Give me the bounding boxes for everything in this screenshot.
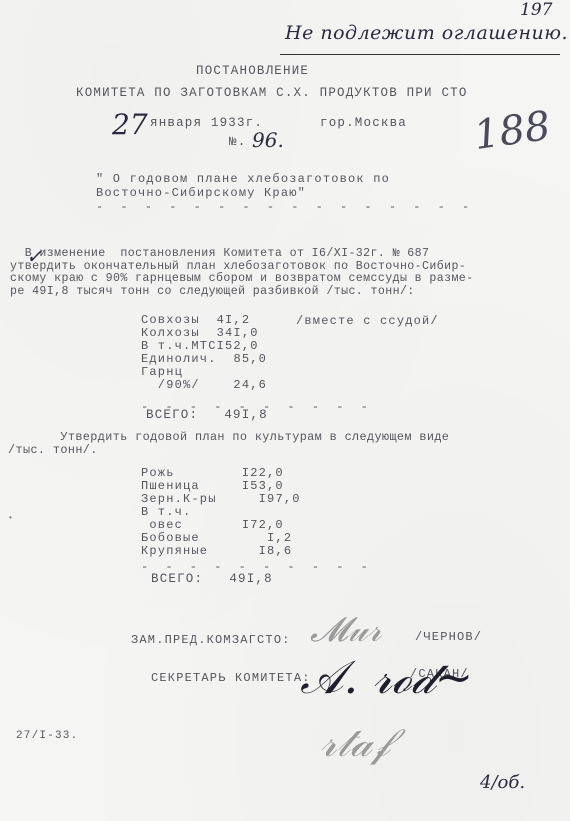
subject-line-2: Восточно-Сибирскому Краю" bbox=[96, 186, 306, 200]
classification-note: Не подлежит оглашению. bbox=[285, 22, 568, 44]
typist-note: 27/I-33. bbox=[16, 730, 78, 742]
table-note: /вместе с ссудой/ bbox=[296, 314, 439, 328]
date-month-year: января 1933г. bbox=[150, 116, 263, 130]
classification-underline bbox=[280, 54, 560, 55]
document-page: 197 Не подлежит оглашению. ПОСТАНОВЛЕНИЕ… bbox=[0, 0, 570, 821]
document-title: ПОСТАНОВЛЕНИЕ bbox=[196, 64, 309, 78]
place: гор.Москва bbox=[320, 116, 407, 130]
subject: " О годовом плане хлебозаготовок по Вост… bbox=[96, 172, 474, 214]
archive-page-number: 197 bbox=[520, 0, 552, 20]
signatory-name-1: /ЧЕРНОВ/ bbox=[415, 630, 482, 644]
signatory-title-2: СЕКРЕТАРЬ КОМИТЕТА: bbox=[151, 671, 311, 685]
table-total-2: ВСЕГО: 49I,8 bbox=[151, 572, 273, 586]
subject-underline: - - - - - - - - - - - - - - - - bbox=[96, 200, 474, 214]
signature-ink: 𝒜. 𝓇ℴ𝒹~ bbox=[300, 650, 473, 706]
signatory-title-1: ЗАМ.ПРЕД.КОМЗАГСТО: bbox=[131, 633, 291, 647]
paragraph-1: В изменение постановления Комитета от I6… bbox=[10, 248, 474, 298]
signature-pencil-2: 𝓇𝓉𝒶𝒻 bbox=[320, 720, 390, 766]
margin-mark: • bbox=[8, 514, 14, 523]
table-total: ВСЕГО: 49I,8 bbox=[146, 408, 268, 422]
bottom-folio: 4/об. bbox=[480, 772, 525, 793]
folio-number: 188 bbox=[471, 103, 553, 159]
committee-name: КОМИТЕТА ПО ЗАГОТОВКАМ С.Х. ПРОДУКТОВ ПР… bbox=[76, 86, 468, 100]
resolution-number-prefix: №. bbox=[229, 135, 246, 149]
subject-line-1: " О годовом плане хлебозаготовок по bbox=[96, 172, 390, 186]
resolution-number: 96. bbox=[252, 128, 284, 152]
paragraph-2: Утвердить годовой план по культурам в сл… bbox=[8, 431, 449, 457]
signature-pencil-1: 𝓜𝓊𝓇 bbox=[310, 610, 381, 650]
distribution-table: Совхозы 4I,2 Колхозы 34I,0 В т.ч.МТСI52,… bbox=[141, 314, 267, 392]
date-day: 27 bbox=[112, 108, 148, 141]
crop-plan-table: Рожь I22,0 Пшеница I53,0 Зерн.К-ры I97,0… bbox=[141, 467, 301, 558]
